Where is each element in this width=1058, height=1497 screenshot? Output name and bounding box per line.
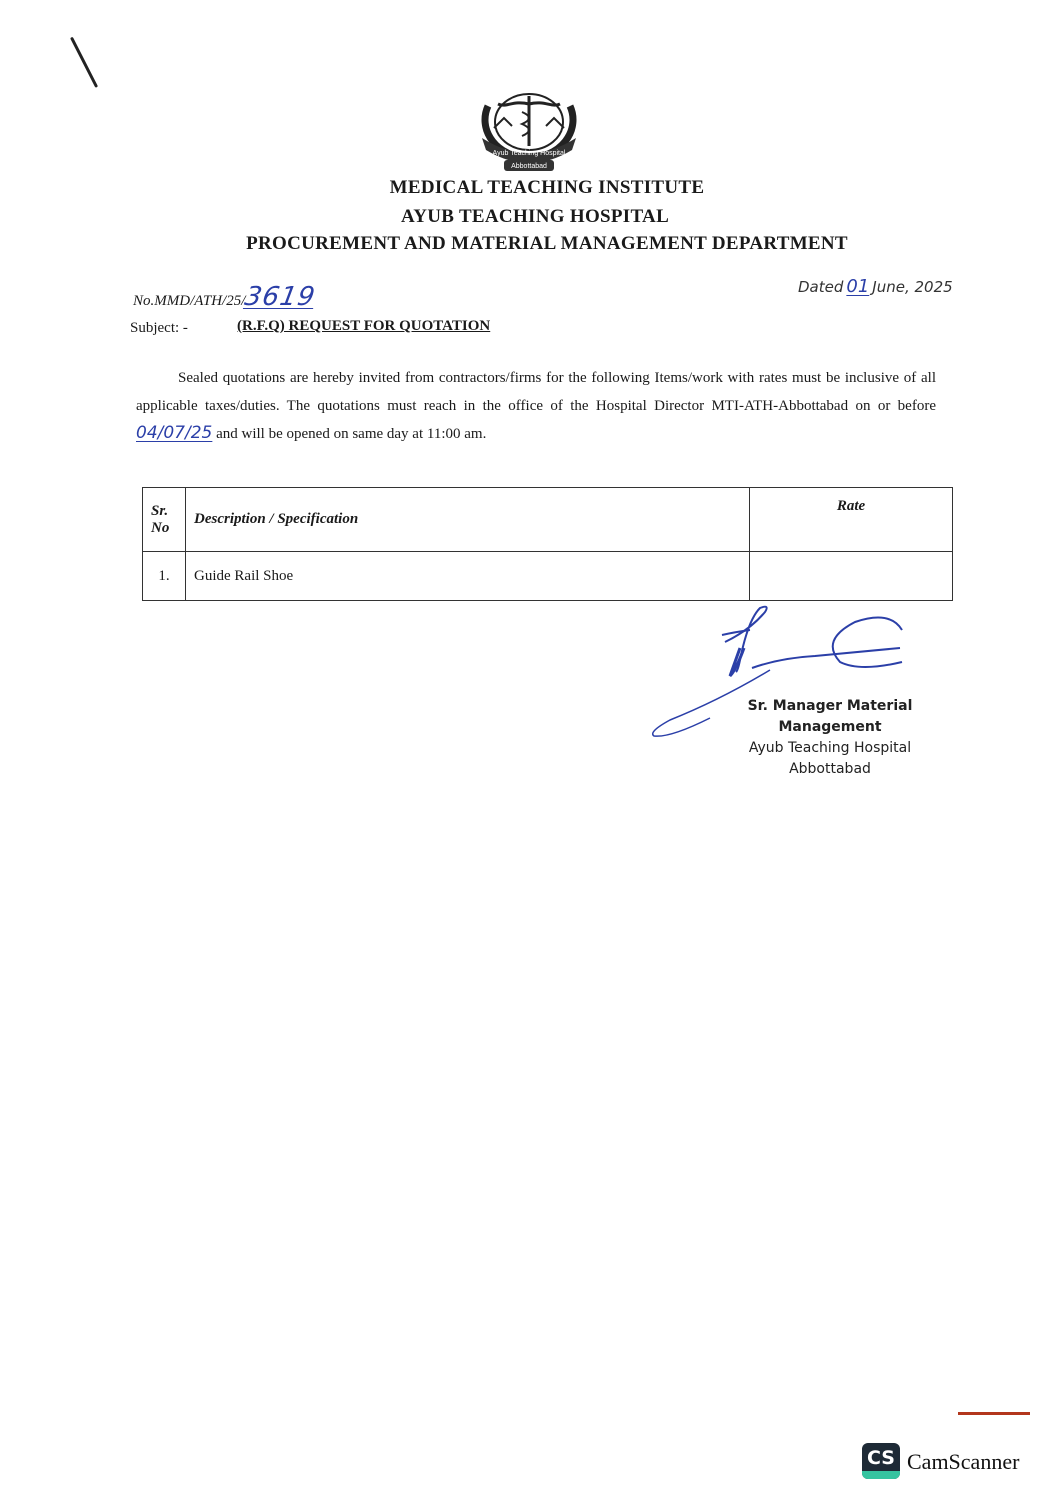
handwritten-reference-number: 3619	[243, 282, 318, 312]
camscanner-watermark-label: CamScanner	[907, 1449, 1019, 1475]
paragraph-text-1: Sealed quotations are hereby invited fro…	[136, 370, 936, 414]
signatory-block: Sr. Manager Material Management Ayub Tea…	[695, 696, 965, 780]
date-suffix: June, 2025	[872, 278, 952, 296]
cell-description: Guide Rail Shoe	[186, 552, 750, 601]
cell-sr-no: 1.	[143, 552, 186, 601]
paragraph-text-2: and will be opened on same day at 11:00 …	[212, 426, 486, 442]
svg-text:Abbottabad: Abbottabad	[511, 163, 547, 170]
pen-stroke-mark	[70, 37, 98, 88]
handwritten-deadline-date: 04/07/25	[136, 423, 212, 443]
reference-prefix: No.MMD/ATH/25/	[133, 293, 245, 309]
reference-number: No.MMD/ATH/25/3619	[133, 282, 316, 312]
cell-rate	[750, 552, 953, 601]
header-rate: Rate	[750, 488, 953, 552]
hospital-crest-logo: Ayub Teaching Hospital Abbottabad	[468, 88, 590, 174]
camscanner-logo-icon: CS	[862, 1443, 900, 1479]
date-prefix: Dated	[798, 278, 843, 296]
table-header-row: Sr. No Description / Specification Rate	[143, 488, 953, 552]
header-sr-no: Sr. No	[143, 488, 186, 552]
invitation-paragraph: Sealed quotations are hereby invited fro…	[136, 365, 936, 449]
table-row: 1. Guide Rail Shoe	[143, 552, 953, 601]
subject-text: (R.F.Q) REQUEST FOR QUOTATION	[237, 318, 490, 335]
signatory-city: Abbottabad	[695, 759, 965, 780]
red-scan-mark	[958, 1412, 1030, 1415]
department-name: PROCUREMENT AND MATERIAL MANAGEMENT DEPA…	[0, 233, 1058, 255]
signatory-title: Sr. Manager Material Management	[695, 696, 965, 738]
svg-text:Ayub Teaching Hospital: Ayub Teaching Hospital	[493, 150, 566, 157]
institute-name: MEDICAL TEACHING INSTITUTE	[0, 177, 1058, 199]
subject-label: Subject: -	[130, 320, 188, 337]
quotation-items-table: Sr. No Description / Specification Rate …	[142, 487, 953, 601]
header-description: Description / Specification	[186, 488, 750, 552]
hospital-name: AYUB TEACHING HOSPITAL	[0, 206, 1058, 228]
signatory-organization: Ayub Teaching Hospital	[695, 738, 965, 759]
handwritten-date-day: 01	[843, 276, 872, 297]
letter-date: Dated01June, 2025	[798, 276, 953, 297]
